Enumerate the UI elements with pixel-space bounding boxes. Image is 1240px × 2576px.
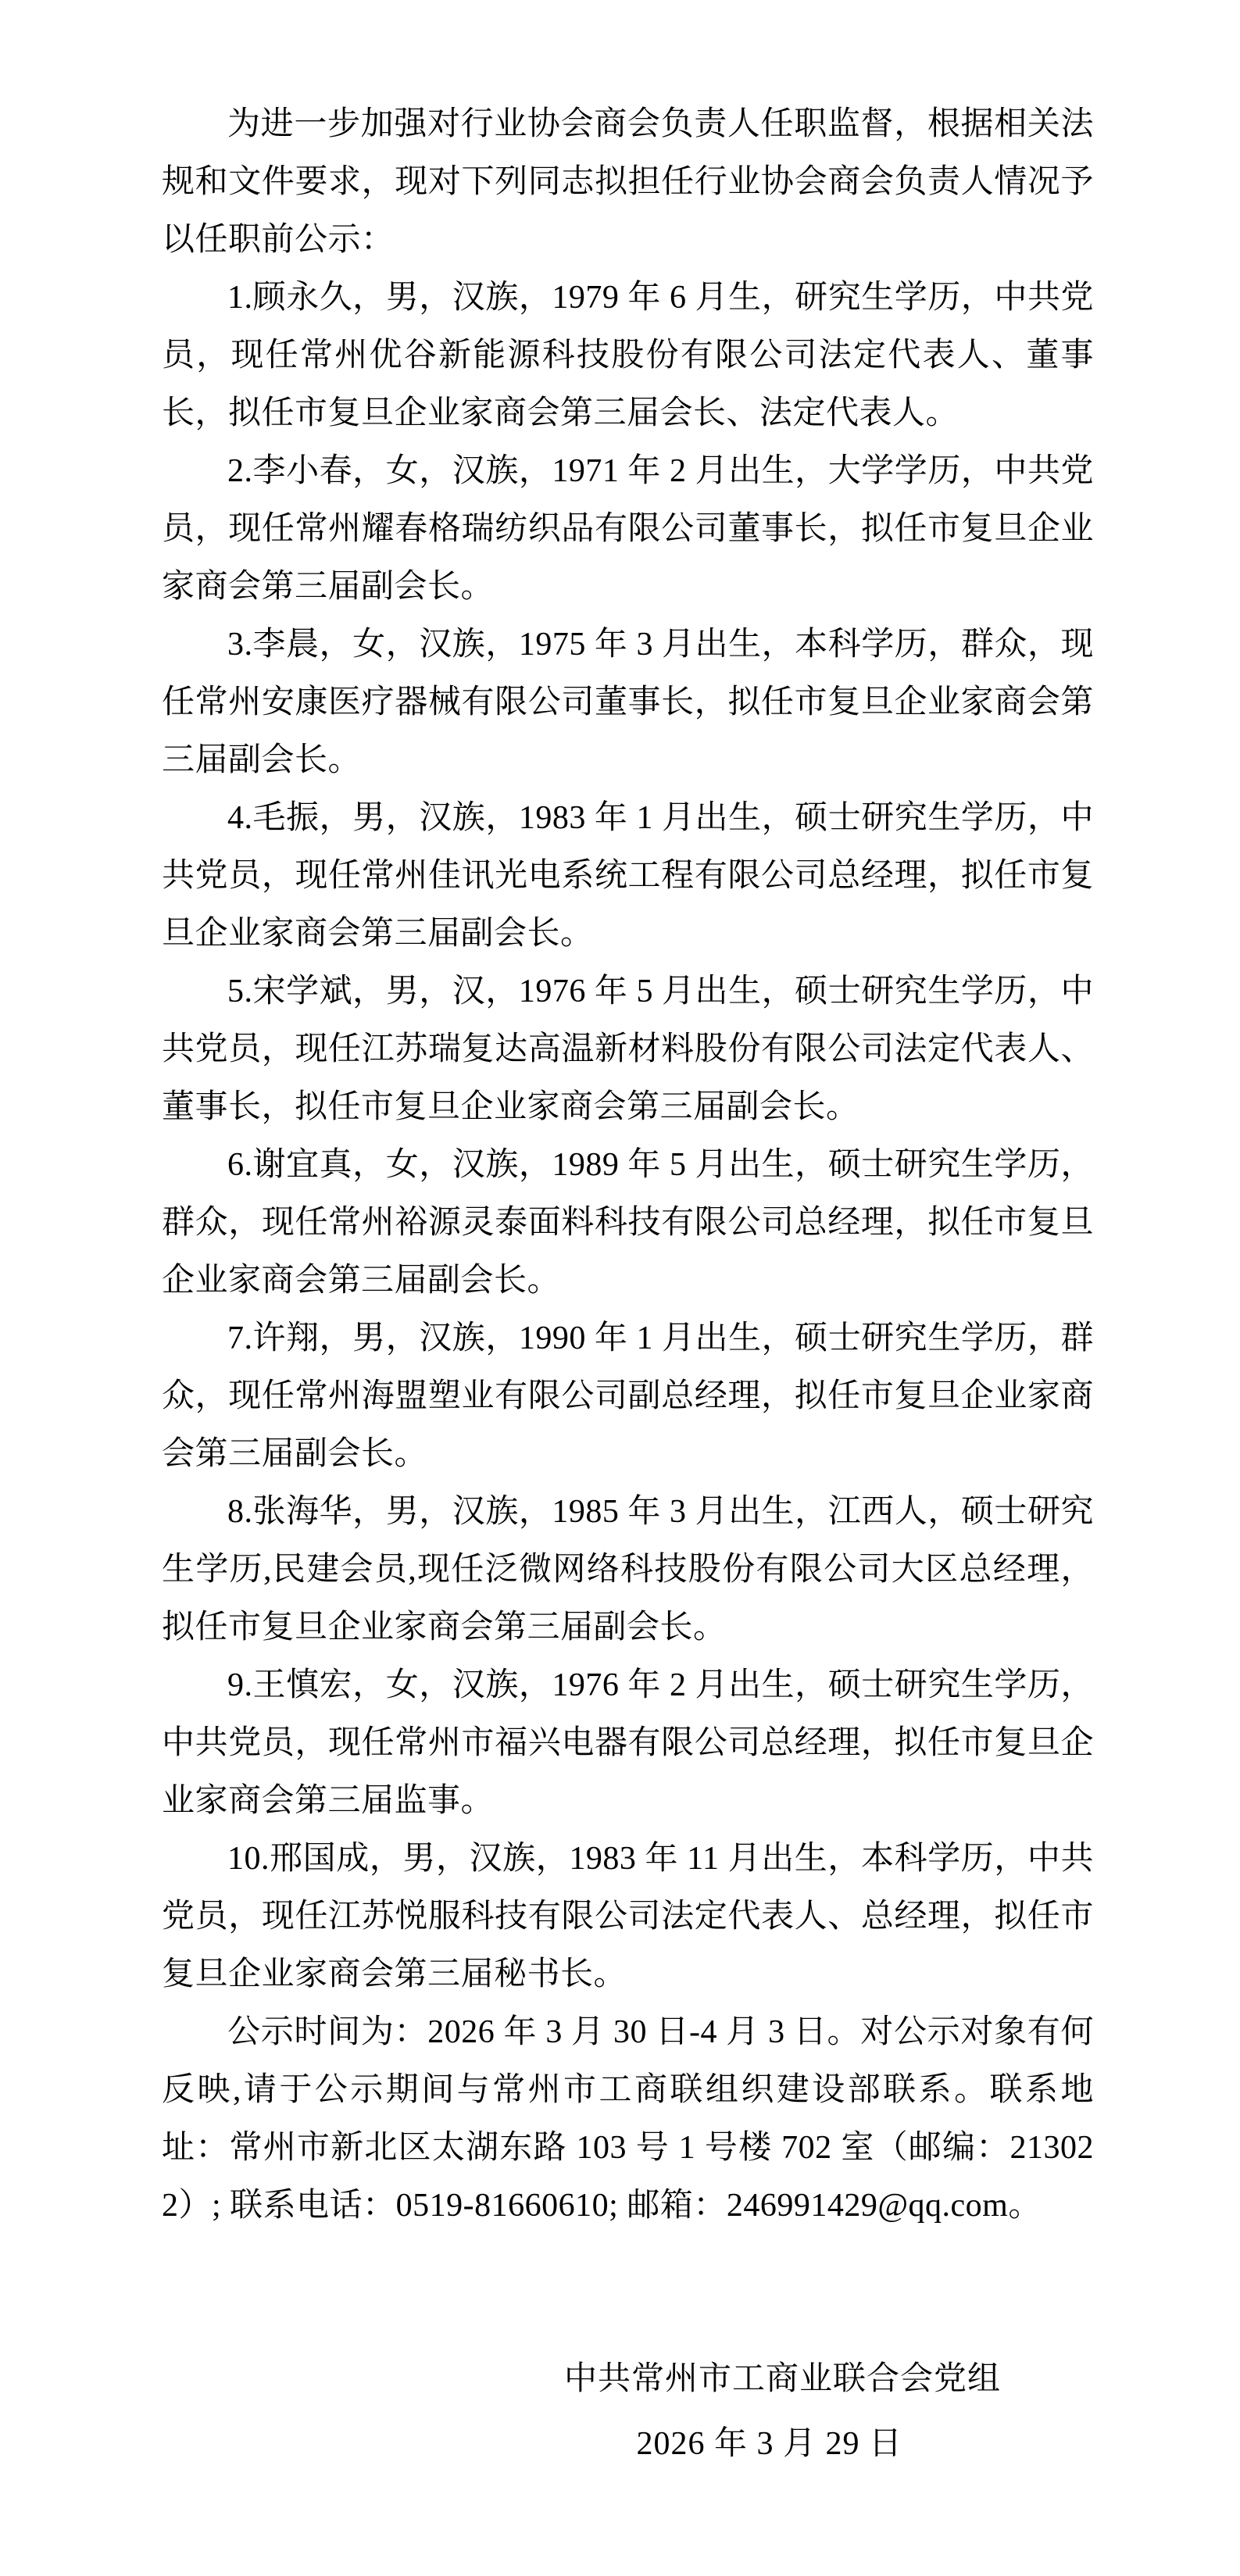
list-item: 6.谢宜真，女，汉族，1989 年 5 月出生，硕士研究生学历，群众，现任常州裕… [162, 1136, 1094, 1309]
intro-paragraph: 为进一步加强对行业协会商会负责人任职监督，根据相关法规和文件要求，现对下列同志拟… [162, 95, 1094, 269]
contact-paragraph: 公示时间为：2026 年 3 月 30 日-4 月 3 日。对公示对象有何反映,… [162, 2003, 1094, 2235]
list-item: 3.李晨，女，汉族，1975 年 3 月出生，本科学历，群众，现任常州安康医疗器… [162, 616, 1094, 789]
list-item: 5.宋学斌，男，汉，1976 年 5 月出生，硕士研究生学历，中共党员，现任江苏… [162, 963, 1094, 1136]
list-item: 7.许翔，男，汉族，1990 年 1 月出生，硕士研究生学历，群众，现任常州海盟… [162, 1309, 1094, 1483]
list-item: 1.顾永久，男，汉族，1979 年 6 月生，研究生学历，中共党员，现任常州优谷… [162, 269, 1094, 442]
document-page: 为进一步加强对行业协会商会负责人任职监督，根据相关法规和文件要求，现对下列同志拟… [0, 0, 1240, 2576]
list-item: 2.李小春，女，汉族，1971 年 2 月出生，大学学历，中共党员，现任常州耀春… [162, 442, 1094, 616]
notice-body: 为进一步加强对行业协会商会负责人任职监督，根据相关法规和文件要求，现对下列同志拟… [162, 95, 1094, 2473]
list-item: 8.张海华，男，汉族，1985 年 3 月出生，江西人，硕士研究生学历,民建会员… [162, 1483, 1094, 1656]
list-item: 4.毛振，男，汉族，1983 年 1 月出生，硕士研究生学历，中共党员，现任常州… [162, 789, 1094, 963]
list-item: 9.王慎宏，女，汉族，1976 年 2 月出生，硕士研究生学历，中共党员，现任常… [162, 1656, 1094, 1830]
issue-date: 2026 年 3 月 29 日 [162, 2415, 1094, 2473]
issuer-signature: 中共常州市工商业联合会党组 [162, 2350, 1094, 2408]
signature-block: 中共常州市工商业联合会党组 2026 年 3 月 29 日 [162, 2350, 1094, 2473]
list-item: 10.邢国成，男，汉族，1983 年 11 月出生，本科学历，中共党员，现任江苏… [162, 1830, 1094, 2003]
